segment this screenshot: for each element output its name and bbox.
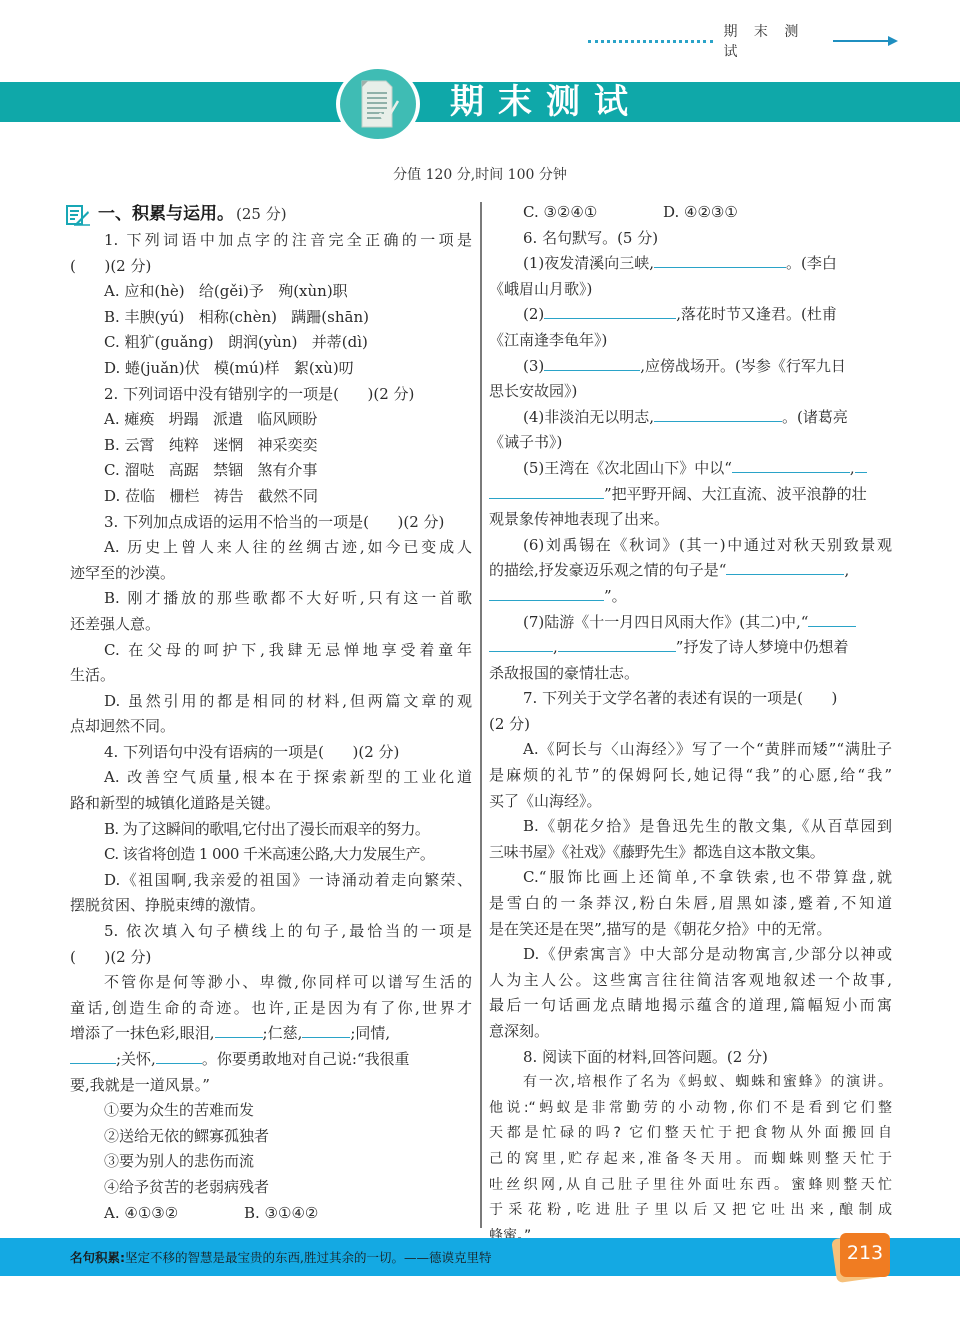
option-c: C.“服饰比画上还简单,不拿铁索,也不带算盘,就 [489,865,892,891]
poem-text: ,落花时节又逢君。(杜甫 [676,305,837,323]
passage-line: 于采花粉,吃进肚子里以后又把它吐出来,酿制成 [489,1198,892,1224]
question-stem: 7. 下列关于文学名著的表述有误的一项是( ) [489,686,892,712]
poem-source: 。(李白 [786,254,837,272]
option-a: A. 应和(hè) 给(gěi)予 殉(xùn)职 [70,279,472,305]
fill-blank[interactable] [544,354,640,371]
poem-line: (7)陆游《十一月四日风雨大作》(其二)中,“ [489,610,892,636]
answer-bracket: ( )(2 分) [70,945,472,971]
passage-text: 增添了一抹色彩,眼泪, [70,1024,215,1042]
right-column: C. ③②④①D. ④②③① 6. 名句默写。(5 分) (1)夜发清溪向三峡,… [489,200,892,1249]
left-column: 一、积累与运用。 (25 分) 1. 下列词语中加点字的注音完全正确的一项是 (… [70,200,472,1226]
option-d-cont: 意深刻。 [489,1019,892,1045]
question-stem: 3. 下列加点成语的运用不恰当的一项是( )(2 分) [70,510,472,536]
poem-source: 《峨眉山月歌》) [489,277,892,303]
option-c-cont: 生活。 [70,663,472,689]
poem-line: (6)刘禹锡在《秋词》(其一)中通过对秋天别致景观 [489,533,892,559]
document-check-icon [340,69,416,139]
option-a-cont: 路和新型的城镇化道路是关键。 [70,791,472,817]
section-heading: 一、积累与运用。 (25 分) [66,200,472,230]
option-c: C. 溜哒 高踞 禁锢 煞有介事 [70,458,472,484]
option-d: D.《祖国啊,我亲爱的祖国》一诗涌动着走向繁荣、 [70,868,472,894]
question-stem: 8. 阅读下面的材料,回答问题。(2 分) [489,1045,892,1071]
poem-source: 《诫子书》) [489,430,892,456]
option-a-cont: 迹罕至的沙漠。 [70,561,472,587]
option-c-cont: 是雪白的一条莽汉,粉白朱唇,眉黑如漆,蹙着,不知道 [489,891,892,917]
quote-text: 坚定不移的智慧是最宝贵的东西,胜过其余的一切。——德谟克里特 [125,1250,491,1265]
item-1: ①要为众生的苦难而发 [70,1098,472,1124]
fill-blank-4[interactable] [156,1047,202,1064]
passage-line: 童话,创造生命的奇迹。也许,正是因为有了你,世界才 [70,996,472,1022]
choice-row: C. ③②④①D. ④②③① [489,200,892,226]
fill-blank[interactable] [558,635,676,652]
section-score: (25 分) [236,202,287,228]
fill-blank-1[interactable] [215,1021,263,1038]
passage-line-blanks: 增添了一抹色彩,眼泪,;仁慈,;同情, [70,1021,472,1047]
page-title: 期末测试 [450,80,642,124]
option-a-cont: 买了《山海经》。 [489,789,892,815]
fill-blank[interactable] [489,635,553,652]
running-header: 期 末 测 试 [588,30,898,52]
option-d: D.《伊索寓言》中大部分是动物寓言,少部分以神或 [489,942,892,968]
item-4: ④给予贫苦的老弱病残者 [70,1175,472,1201]
poem-text: ,应傍战场开。(岑参《行军九日 [640,357,846,375]
edit-note-icon [66,204,90,226]
passage-line: 吐丝织网,从自己肚子里往外面吐东西。蜜蜂则整天忙 [489,1173,892,1199]
fill-blank[interactable] [654,405,782,422]
poem-line: 杀敌报国的豪情壮志。 [489,661,892,687]
option-c: C. 粗犷(guǎng) 朗润(yùn) 并蒂(dì) [70,330,472,356]
passage-line: 己的窝里,贮存起来,准备冬天用。而蜘蛛则整天忙于 [489,1147,892,1173]
fill-blank[interactable] [808,610,856,627]
fill-blank[interactable] [489,482,604,499]
running-header-title: 期 末 测 试 [723,21,829,61]
poem-line: ”。 [489,584,892,610]
passage-text: ;关怀, [116,1050,156,1068]
poem-line: (1)夜发清溪向三峡,。(李白 [489,251,892,277]
choice-b: B. ③①④② [244,1204,318,1222]
question-stem: 1. 下列词语中加点字的注音完全正确的一项是 [70,228,472,254]
fill-blank[interactable] [654,251,786,268]
fill-blank-3[interactable] [70,1047,116,1064]
score-time-info: 分值 120 分,时间 100 分钟 [0,164,960,184]
option-b-cont: 三味书屋》《社戏》《藤野先生》都选自这本散文集。 [489,840,892,866]
passage-line: 要,我就是一道风景。” [70,1073,472,1099]
choice-row: A. ④①③②B. ③①④② [70,1201,472,1227]
passage-line: 不管你是何等渺小、卑微,你同样可以谱写生活的 [70,970,472,996]
option-a: A. 历史上曾人来人往的丝绸古迹,如今已变成人 [70,535,472,561]
item-3: ③要为别人的悲伤而流 [70,1149,472,1175]
poem-text: ”把平野开阔、大江直流、波平浪静的壮 [604,485,867,503]
item-2: ②送给无依的鳏寡孤独者 [70,1124,472,1150]
question-score: (2 分) [489,712,892,738]
page-number: 213 [840,1233,890,1277]
option-b: B.《朝花夕拾》是鲁迅先生的散文集,《从百草园到 [489,814,892,840]
question-stem: 5. 依次填入句子横线上的句子,最恰当的一项是 [70,919,472,945]
poem-line: (4)非淡泊无以明志,。(诸葛亮 [489,405,892,431]
option-d: D. 虽然引用的都是相同的材料,但两篇文章的观 [70,689,472,715]
passage-text: ;仁慈, [263,1024,303,1042]
quote-label: 名句积累: [70,1250,125,1265]
option-d-cont: 最后一句话画龙点睛地揭示蕴含的道理,篇幅短小而寓 [489,993,892,1019]
poem-text: (3) [523,357,544,375]
choice-a: A. ④①③② [104,1201,244,1227]
poem-line: (5)王湾在《次北固山下》中以“, [489,456,892,482]
poem-text: (2) [523,305,544,323]
poem-line: (2),落花时节又逢君。(杜甫 [489,302,892,328]
poem-text: (7)陆游《十一月四日风雨大作》(其二)中,“ [523,613,808,631]
passage-line: 他说:“蚂蚁是非常勤劳的小动物,你们不是看到它们整 [489,1096,892,1122]
option-d: D. 莅临 栅栏 祷告 截然不同 [70,484,472,510]
poem-line: (3),应傍战场开。(岑参《行军九日 [489,354,892,380]
poem-source: 思长安故园》) [489,379,892,405]
passage-line-blanks: ;关怀,。你要勇敢地对自己说:“我很重 [70,1047,472,1073]
column-divider [480,202,482,1228]
footer-quote: 名句积累:坚定不移的智慧是最宝贵的东西,胜过其余的一切。——德谟克里特 [70,1248,491,1266]
option-a: A. 瘫痪 坍蹋 派遣 临风顾盼 [70,407,472,433]
poem-line: ”把平野开阔、大江直流、波平浪静的壮 [489,482,892,508]
option-d-cont: 点却迥然不同。 [70,714,472,740]
passage-line: 有一次,培根作了名为《蚂蚁、蜘蛛和蜜蜂》的演讲。 [489,1070,892,1096]
fill-blank[interactable] [732,456,850,473]
title-emblem [336,66,420,142]
poem-line: ,”抒发了诗人梦境中仍想着 [489,635,892,661]
poem-source: 。(诸葛亮 [782,408,848,426]
poem-text: (4)非淡泊无以明志, [523,408,654,426]
option-a: A.《阿长与〈山海经〉》写了一个“黄胖而矮”“满肚子 [489,737,892,763]
fill-blank[interactable] [544,302,676,319]
option-c-cont: 是在笑还是在哭”,描写的是《朝花夕拾》中的无常。 [489,917,892,943]
option-a-cont: 是麻烦的礼节”的保姆阿长,她记得“我”的心愿,给“我” [489,763,892,789]
passage-text: 。你要勇敢地对自己说:“我很重 [202,1050,410,1068]
poem-line: 的描绘,抒发豪迈乐观之情的句子是“, [489,558,892,584]
option-b: B. 丰腴(yú) 相称(chèn) 蹒跚(shān) [70,305,472,331]
poem-text: , [844,561,849,579]
option-b: B. 刚才播放的那些歌都不大好听,只有这一首歌 [70,586,472,612]
question-stem: 4. 下列语句中没有语病的一项是( )(2 分) [70,740,472,766]
fill-blank[interactable] [726,558,844,575]
option-c: C. 该省将创造 1 000 千米高速公路,大力发展生产。 [70,842,472,868]
poem-text: (5)王湾在《次北固山下》中以“ [523,459,732,477]
arrow-right-icon [833,35,898,47]
passage-text: ;同情, [350,1024,390,1042]
dotted-rule [588,40,713,43]
option-a: A. 改善空气质量,根本在于探索新型的工业化道 [70,765,472,791]
option-c: C. 在父母的呵护下,我肆无忌惮地享受着童年 [70,638,472,664]
poem-text: ”。 [604,587,627,605]
option-d-cont: 人为主人公。这些寓言往往简洁客观地叙述一个故事, [489,968,892,994]
option-b: B. 云霄 纯粹 迷惘 神采奕奕 [70,433,472,459]
question-stem: 2. 下列词语中没有错别字的一项是( )(2 分) [70,382,472,408]
fill-blank[interactable] [855,456,867,473]
fill-blank-2[interactable] [302,1021,350,1038]
poem-text: ”抒发了诗人梦境中仍想着 [676,638,849,656]
section-title: 一、积累与运用。 [98,202,234,228]
option-b-cont: 还差强人意。 [70,612,472,638]
question-stem: 6. 名句默写。(5 分) [489,226,892,252]
poem-text: 的描绘,抒发豪迈乐观之情的句子是“ [489,561,726,579]
passage-line: 天都是忙碌的吗? 它们整天忙于把食物从外面搬回自 [489,1121,892,1147]
option-b: B. 为了这瞬间的歌唱,它付出了漫长而艰辛的努力。 [70,817,472,843]
option-d-cont: 摆脱贫困、挣脱束缚的激情。 [70,893,472,919]
answer-bracket: ( )(2 分) [70,254,472,280]
poem-line: 观景象传神地表现了出来。 [489,507,892,533]
choice-d: D. ④②③① [663,203,738,221]
fill-blank[interactable] [489,584,604,601]
poem-source: 《江南逢李龟年》) [489,328,892,354]
poem-text: (1)夜发清溪向三峡, [523,254,654,272]
choice-c: C. ③②④① [523,200,663,226]
option-d: D. 蜷(juǎn)伏 模(mú)样 絮(xù)叨 [70,356,472,382]
